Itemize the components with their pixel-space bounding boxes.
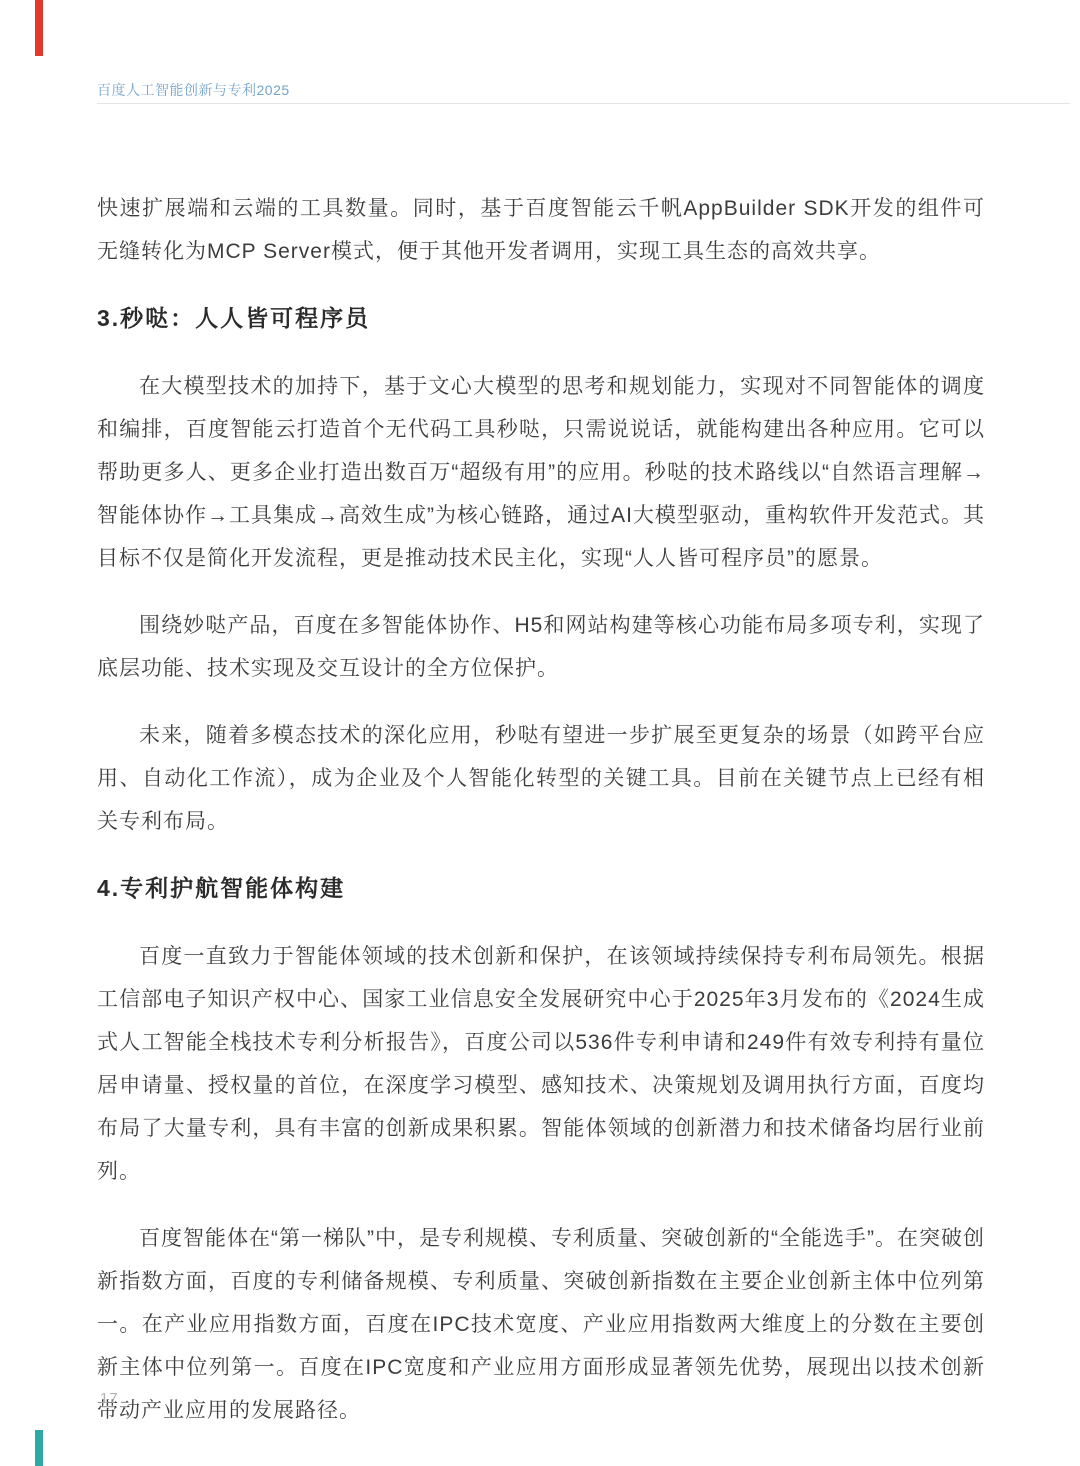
section-heading-patent-agent: 4.专利护航智能体构建: [97, 873, 985, 903]
page-number: 17: [100, 1390, 119, 1407]
header-divider: [97, 103, 1070, 104]
page-header-title: 百度人工智能创新与专利2025: [97, 80, 290, 100]
paragraph-continued: 快速扩展端和云端的工具数量。同时，基于百度智能云千帆AppBuilder SDK…: [97, 187, 985, 273]
bottom-accent-bar: [35, 1430, 43, 1466]
paragraph: 未来，随着多模态技术的深化应用，秒哒有望进一步扩展至更复杂的场景（如跨平台应用、…: [97, 714, 985, 843]
paragraph: 围绕妙哒产品，百度在多智能体协作、H5和网站构建等核心功能布局多项专利，实现了底…: [97, 604, 985, 690]
document-page: 百度人工智能创新与专利2025 快速扩展端和云端的工具数量。同时，基于百度智能云…: [0, 0, 1080, 1466]
section-heading-miaoda: 3.秒哒：人人皆可程序员: [97, 303, 985, 333]
paragraph: 在大模型技术的加持下，基于文心大模型的思考和规划能力，实现对不同智能体的调度和编…: [97, 365, 985, 580]
paragraph: 百度一直致力于智能体领域的技术创新和保护，在该领域持续保持专利布局领先。根据工信…: [97, 935, 985, 1193]
paragraph: 百度智能体在“第一梯队”中，是专利规模、专利质量、突破创新的“全能选手”。在突破…: [97, 1217, 985, 1432]
document-content: 快速扩展端和云端的工具数量。同时，基于百度智能云千帆AppBuilder SDK…: [97, 187, 985, 1456]
top-accent-bar: [35, 0, 43, 56]
